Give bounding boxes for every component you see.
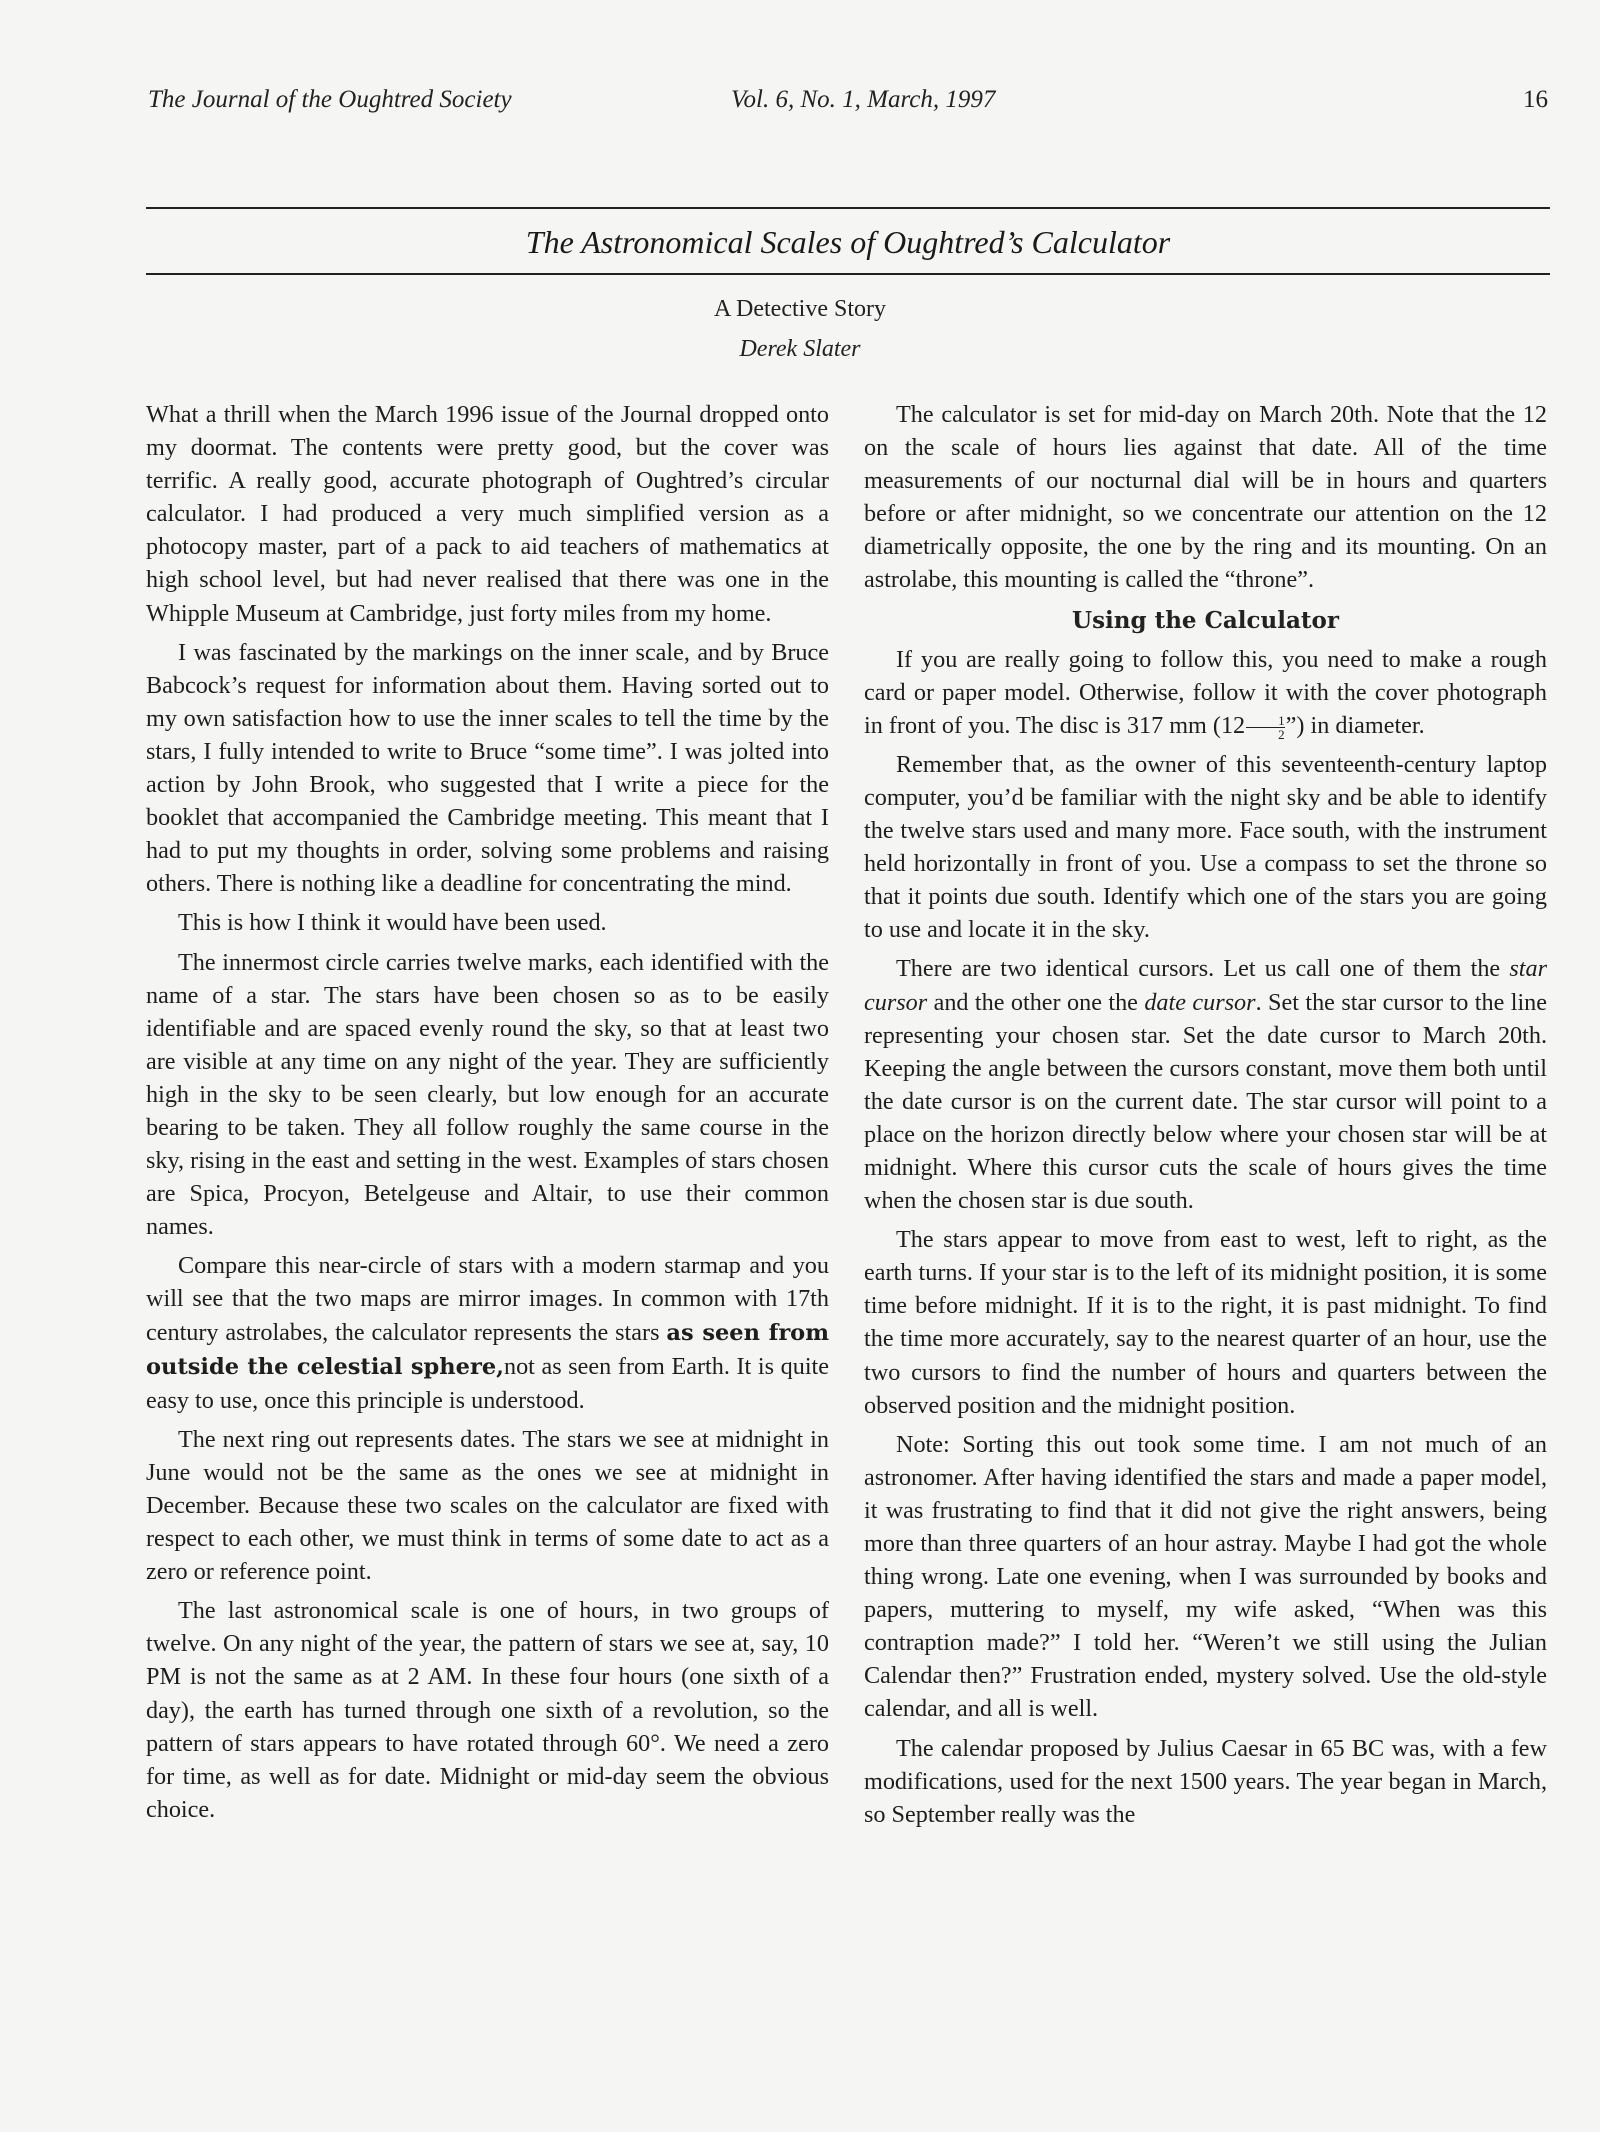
italic-term-date-cursor: date cursor	[1144, 989, 1255, 1016]
fraction-denominator: 2	[1246, 728, 1285, 741]
paragraph: The calendar proposed by Julius Caesar i…	[864, 1732, 1547, 1831]
left-column: What a thrill when the March 1996 issue …	[146, 398, 829, 1826]
paragraph: If you are really going to follow this, …	[864, 643, 1547, 742]
paragraph: The stars appear to move from east to we…	[864, 1223, 1547, 1422]
text-run: and the other one the	[927, 989, 1144, 1016]
fraction-numerator: 1	[1246, 714, 1285, 728]
paragraph: The last astronomical scale is one of ho…	[146, 1594, 829, 1826]
running-head: The Journal of the Oughtred Society Vol.…	[148, 86, 1548, 122]
article-subtitle: A Detective Story	[0, 296, 1600, 323]
paragraph: This is how I think it would have been u…	[146, 906, 829, 939]
article-author: Derek Slater	[0, 336, 1600, 363]
page-number: 16	[1523, 86, 1548, 114]
paragraph: The innermost circle carries twelve mark…	[146, 946, 829, 1244]
paragraph: There are two identical cursors. Let us …	[864, 952, 1547, 1217]
article-title: The Astronomical Scales of Oughtred’s Ca…	[146, 209, 1550, 273]
text-run: There are two identical cursors. Let us …	[896, 955, 1509, 982]
paragraph: The calculator is set for mid-day on Mar…	[864, 398, 1547, 597]
right-column: The calculator is set for mid-day on Mar…	[864, 398, 1547, 1831]
fraction-one-half: 12	[1246, 714, 1285, 741]
text-run: If you are really going to follow this, …	[864, 646, 1547, 739]
section-heading: Using the Calculator	[864, 603, 1547, 639]
text-run: . Set the star cursor to the line repres…	[864, 989, 1547, 1215]
text-run: ”) in diameter.	[1286, 712, 1425, 739]
title-bottom-rule	[146, 273, 1550, 275]
paragraph: I was fascinated by the markings on the …	[146, 636, 829, 901]
paragraph: Compare this near-circle of stars with a…	[146, 1249, 829, 1416]
paragraph: Note: Sorting this out took some time. I…	[864, 1428, 1547, 1726]
title-block: The Astronomical Scales of Oughtred’s Ca…	[146, 207, 1550, 275]
paragraph: Remember that, as the owner of this seve…	[864, 748, 1547, 947]
journal-name: The Journal of the Oughtred Society	[148, 86, 512, 114]
paragraph: What a thrill when the March 1996 issue …	[146, 398, 829, 630]
volume-issue: Vol. 6, No. 1, March, 1997	[731, 86, 995, 114]
paragraph: The next ring out represents dates. The …	[146, 1423, 829, 1588]
